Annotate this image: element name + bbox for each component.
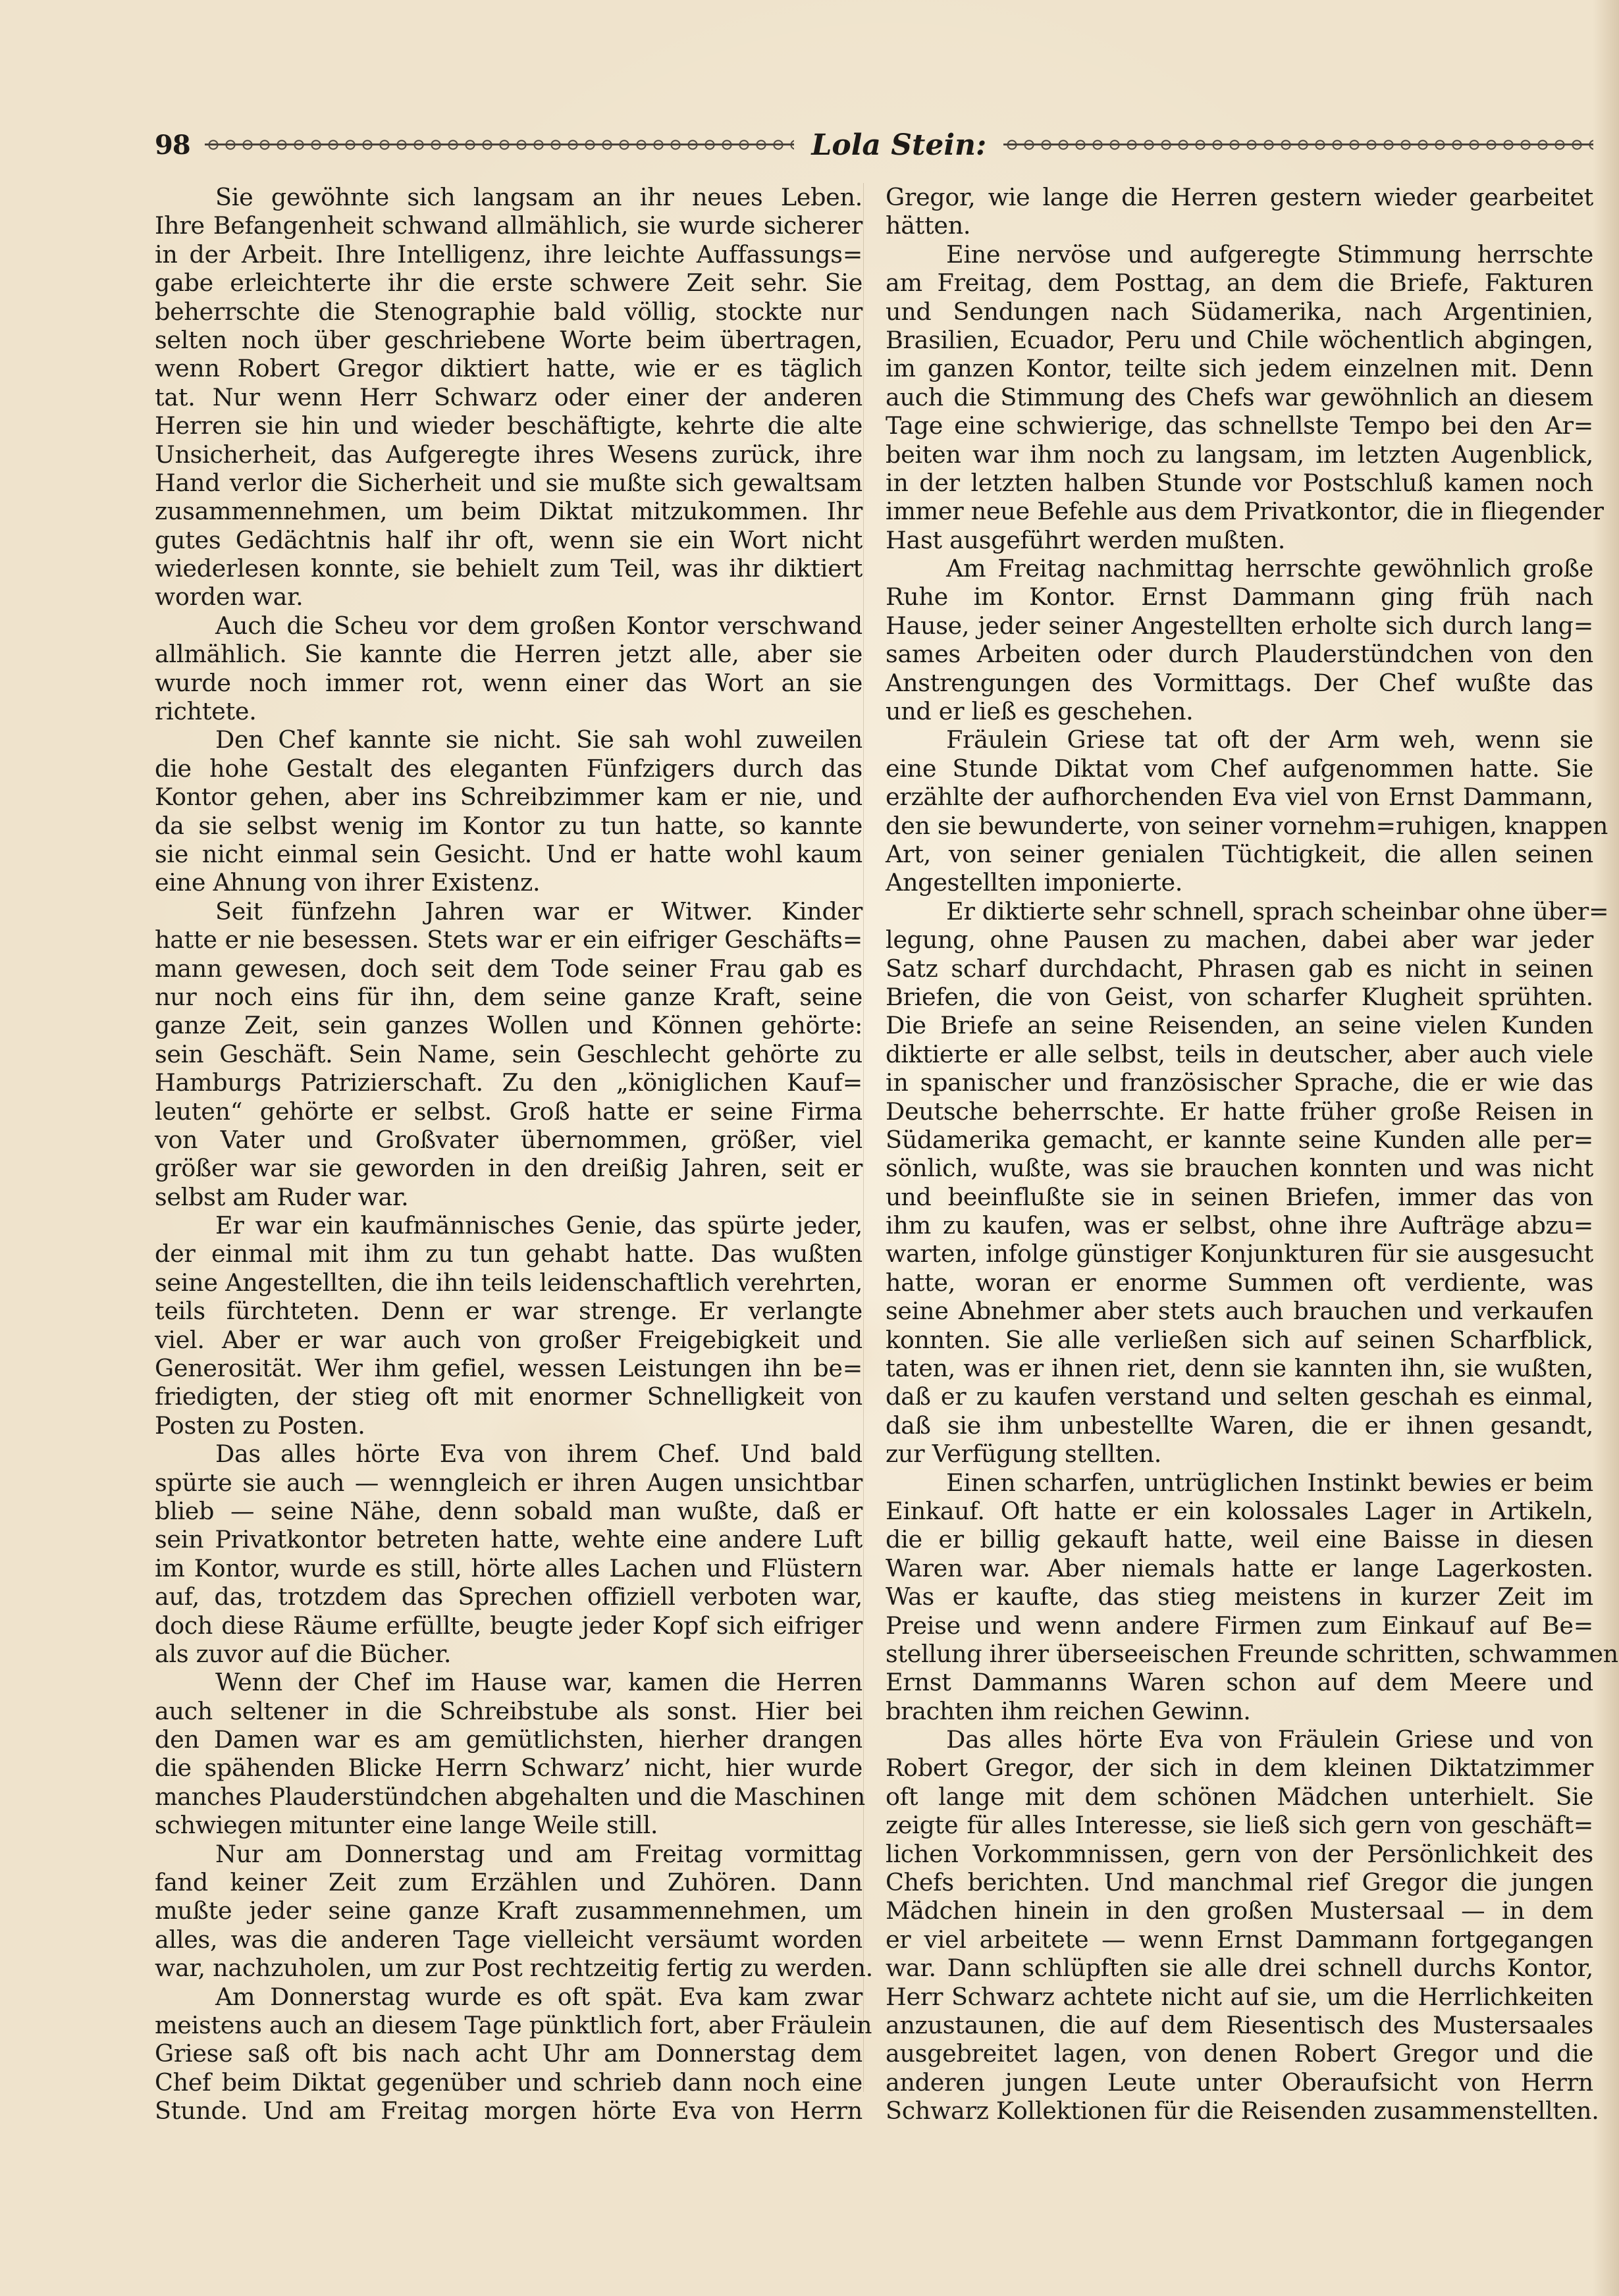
text-line: Waren war. Aber niemals hatte er lange L… — [886, 1554, 1593, 1582]
paragraph: Wenn der Chef im Hause war, kamen die He… — [155, 1668, 863, 1839]
text-line: Herren sie hin und wieder beschäftigte, … — [155, 411, 863, 440]
text-line: Ruhe im Kontor. Ernst Dammann ging früh … — [886, 583, 1593, 611]
text-line: stellung ihrer überseeischen Freunde sch… — [886, 1640, 1593, 1668]
page-number: 98 — [155, 130, 190, 161]
text-line: Wenn der Chef im Hause war, kamen die He… — [155, 1668, 863, 1696]
text-line: ihm zu kaufen, was er selbst, ohne ihre … — [886, 1211, 1593, 1239]
text-line: alles, was die anderen Tage vielleicht v… — [155, 1925, 863, 1954]
text-line: sein Privatkontor betreten hatte, wehte … — [155, 1525, 863, 1553]
text-line: auf, das, trotzdem das Sprechen offiziel… — [155, 1582, 863, 1611]
text-line: hatte, woran er enorme Summen oft verdie… — [886, 1268, 1593, 1297]
text-line: zeigte für alles Interesse, sie ließ sic… — [886, 1811, 1593, 1839]
text-line: Gregor, wie lange die Herren gestern wie… — [886, 183, 1593, 211]
text-line: Herr Schwarz achtete nicht auf sie, um d… — [886, 1983, 1593, 2011]
text-line: blieb — seine Nähe, denn sobald man wußt… — [155, 1497, 863, 1525]
text-line: ausgebreitet lagen, von denen Robert Gre… — [886, 2039, 1593, 2068]
text-line: im ganzen Kontor, teilte sich jedem einz… — [886, 354, 1593, 382]
text-line: mußte jeder seine ganze Kraft zusammenne… — [155, 1896, 863, 1925]
text-line: da sie selbst wenig im Kontor zu tun hat… — [155, 812, 863, 840]
text-line: wenn Robert Gregor diktiert hatte, wie e… — [155, 354, 863, 382]
running-title: Lola Stein: — [811, 128, 986, 162]
text-line: friedigten, der stieg oft mit enormer Sc… — [155, 1382, 863, 1411]
text-line: Unsicherheit, das Aufgeregte ihres Wesen… — [155, 440, 863, 469]
text-line: Generosität. Wer ihm gefiel, wessen Leis… — [155, 1354, 863, 1382]
text-line: Kontor gehen, aber ins Schreibzimmer kam… — [155, 783, 863, 811]
text-line: die spähenden Blicke Herrn Schwarz’ nich… — [155, 1754, 863, 1782]
text-line: mann gewesen, doch seit dem Tode seiner … — [155, 954, 863, 983]
text-line: sie nicht einmal sein Gesicht. Und er ha… — [155, 840, 863, 868]
text-line: beherrschte die Stenographie bald völlig… — [155, 298, 863, 326]
text-line: und er ließ es geschehen. — [886, 697, 1593, 725]
text-line: am Freitag, dem Posttag, an dem die Brie… — [886, 269, 1593, 297]
text-line: Südamerika gemacht, er kannte seine Kund… — [886, 1126, 1593, 1154]
text-line: Am Donnerstag wurde es oft spät. Eva kam… — [155, 1983, 863, 2011]
paragraph: Eine nervöse und aufgeregte Stimmung her… — [886, 240, 1593, 554]
text-line: eine Stunde Diktat vom Chef aufgenommen … — [886, 754, 1593, 783]
text-line: richtete. — [155, 697, 863, 725]
text-line: Eine nervöse und aufgeregte Stimmung her… — [886, 240, 1593, 269]
text-line: zur Verfügung stellten. — [886, 1440, 1593, 1468]
text-line: und beeinflußte sie in seinen Briefen, i… — [886, 1183, 1593, 1211]
text-line: worden war. — [155, 583, 863, 611]
text-line: Hamburgs Patrizierschaft. Zu den „königl… — [155, 1068, 863, 1097]
text-line: Einkauf. Oft hatte er ein kolossales Lag… — [886, 1497, 1593, 1525]
paragraph: Gregor, wie lange die Herren gestern wie… — [886, 183, 1593, 240]
text-line: selbst am Ruder war. — [155, 1183, 863, 1211]
text-line: gabe erleichterte ihr die erste schwere … — [155, 269, 863, 297]
ornament-border-right — [1003, 134, 1593, 156]
text-line: zusammennehmen, um beim Diktat mitzukomm… — [155, 497, 863, 525]
text-line: schwiegen mitunter eine lange Weile stil… — [155, 1811, 863, 1839]
text-line: beiten war ihm noch zu langsam, im letzt… — [886, 440, 1593, 469]
text-line: wurde noch immer rot, wenn einer das Wor… — [155, 669, 863, 697]
text-line: die er billig gekauft hatte, weil eine B… — [886, 1525, 1593, 1553]
text-line: anderen jungen Leute unter Oberaufsicht … — [886, 2068, 1593, 2097]
paragraph: Den Chef kannte sie nicht. Sie sah wohl … — [155, 725, 863, 897]
text-line: Anstrengungen des Vormittags. Der Chef w… — [886, 669, 1593, 697]
text-line: immer neue Befehle aus dem Privatkontor,… — [886, 497, 1593, 525]
text-line: Griese saß oft bis nach acht Uhr am Donn… — [155, 2039, 863, 2068]
text-line: Hause, jeder seiner Angestellten erholte… — [886, 612, 1593, 640]
text-line: sein Geschäft. Sein Name, sein Geschlech… — [155, 1040, 863, 1068]
text-line: diktierte er alle selbst, teils in deuts… — [886, 1040, 1593, 1068]
text-line: Tage eine schwierige, das schnellste Tem… — [886, 411, 1593, 440]
text-line: Posten zu Posten. — [155, 1411, 863, 1440]
text-line: in der Arbeit. Ihre Intelligenz, ihre le… — [155, 240, 863, 269]
text-line: Das alles hörte Eva von Fräulein Griese … — [886, 1725, 1593, 1754]
paragraph: Das alles hörte Eva von ihrem Chef. Und … — [155, 1440, 863, 1668]
text-line: Ernst Dammanns Waren schon auf dem Meere… — [886, 1668, 1593, 1696]
text-line: auch seltener in die Schreibstube als so… — [155, 1697, 863, 1725]
left-column: Sie gewöhnte sich langsam an ihr neues L… — [155, 183, 863, 2158]
text-line: wiederlesen konnte, sie behielt zum Teil… — [155, 554, 863, 583]
text-line: Auch die Scheu vor dem großen Kontor ver… — [155, 612, 863, 640]
page-edge-shadow — [1593, 0, 1619, 2296]
text-line: Den Chef kannte sie nicht. Sie sah wohl … — [155, 725, 863, 754]
paragraph: Am Freitag nachmittag herrschte gewöhnli… — [886, 554, 1593, 725]
paragraph: Am Donnerstag wurde es oft spät. Eva kam… — [155, 1983, 863, 2126]
paragraph: Das alles hörte Eva von Fräulein Griese … — [886, 1725, 1593, 2125]
text-line: leuten“ gehörte er selbst. Groß hatte er… — [155, 1097, 863, 1126]
text-line: Briefen, die von Geist, von scharfer Klu… — [886, 983, 1593, 1011]
text-line: konnten. Sie alle verließen sich auf sei… — [886, 1326, 1593, 1354]
text-line: auch die Stimmung des Chefs war gewöhnli… — [886, 383, 1593, 411]
text-line: Satz scharf durchdacht, Phrasen gab es n… — [886, 954, 1593, 983]
text-line: seine Angestellten, die ihn teils leiden… — [155, 1268, 863, 1297]
text-line: oft lange mit dem schönen Mädchen unterh… — [886, 1783, 1593, 1811]
text-line: Am Freitag nachmittag herrschte gewöhnli… — [886, 554, 1593, 583]
text-line: Stunde. Und am Freitag morgen hörte Eva … — [155, 2097, 863, 2125]
text-line: den sie bewunderte, von seiner vornehm=r… — [886, 812, 1593, 840]
text-line: viel. Aber er war auch von großer Freige… — [155, 1326, 863, 1354]
text-line: gutes Gedächtnis half ihr oft, wenn sie … — [155, 526, 863, 554]
text-line: der einmal mit ihm zu tun gehabt hatte. … — [155, 1239, 863, 1268]
text-line: Er war ein kaufmännisches Genie, das spü… — [155, 1211, 863, 1239]
text-line: hätten. — [886, 211, 1593, 240]
text-line: Chefs berichten. Und manchmal rief Grego… — [886, 1868, 1593, 1896]
text-line: und Sendungen nach Südamerika, nach Arge… — [886, 298, 1593, 326]
paragraph: Er diktierte sehr schnell, sprach schein… — [886, 897, 1593, 1469]
text-line: ganze Zeit, sein ganzes Wollen und Könne… — [155, 1011, 863, 1039]
text-line: Er diktierte sehr schnell, sprach schein… — [886, 897, 1593, 926]
text-line: daß er zu kaufen verstand und selten ges… — [886, 1382, 1593, 1411]
text-line: Ihre Befangenheit schwand allmählich, si… — [155, 211, 863, 240]
paragraph: Einen scharfen, untrüglichen Instinkt be… — [886, 1469, 1593, 1726]
paragraph: Nur am Donnerstag und am Freitag vormitt… — [155, 1840, 863, 1983]
text-line: Hand verlor die Sicherheit und sie mußte… — [155, 469, 863, 497]
text-line: Seit fünfzehn Jahren war er Witwer. Kind… — [155, 897, 863, 926]
text-line: Nur am Donnerstag und am Freitag vormitt… — [155, 1840, 863, 1868]
text-line: von Vater und Großvater übernommen, größ… — [155, 1126, 863, 1154]
text-line: Brasilien, Ecuador, Peru und Chile wöche… — [886, 326, 1593, 354]
text-line: nur noch eins für ihn, dem seine ganze K… — [155, 983, 863, 1011]
text-line: Die Briefe an seine Reisenden, an seine … — [886, 1011, 1593, 1039]
text-line: legung, ohne Pausen zu machen, dabei abe… — [886, 926, 1593, 954]
text-line: war. Dann schlüpften sie alle drei schne… — [886, 1954, 1593, 1982]
text-line: allmählich. Sie kannte die Herren jetzt … — [155, 640, 863, 668]
text-line: anzustaunen, die auf dem Riesentisch des… — [886, 2011, 1593, 2039]
text-line: Deutsche beherrschte. Er hatte früher gr… — [886, 1097, 1593, 1126]
text-line: tat. Nur wenn Herr Schwarz oder einer de… — [155, 383, 863, 411]
text-line: Mädchen hinein in den großen Mustersaal … — [886, 1896, 1593, 1925]
text-line: spürte sie auch — wenngleich er ihren Au… — [155, 1469, 863, 1497]
text-line: in spanischer und französischer Sprache,… — [886, 1068, 1593, 1097]
text-line: fand keiner Zeit zum Erzählen und Zuhöre… — [155, 1868, 863, 1896]
text-line: Das alles hörte Eva von ihrem Chef. Und … — [155, 1440, 863, 1468]
text-line: brachten ihm reichen Gewinn. — [886, 1697, 1593, 1725]
paragraph: Auch die Scheu vor dem großen Kontor ver… — [155, 612, 863, 726]
text-line: doch diese Räume erfüllte, beugte jeder … — [155, 1611, 863, 1640]
text-line: Sie gewöhnte sich langsam an ihr neues L… — [155, 183, 863, 211]
text-line: die hohe Gestalt des eleganten Fünfziger… — [155, 754, 863, 783]
text-line: hatte er nie besessen. Stets war er ein … — [155, 926, 863, 954]
text-line: manches Plauderstündchen abgehalten und … — [155, 1783, 863, 1811]
paragraph: Seit fünfzehn Jahren war er Witwer. Kind… — [155, 897, 863, 1211]
right-column: Gregor, wie lange die Herren gestern wie… — [886, 183, 1593, 2158]
text-line: taten, was er ihnen riet, denn sie kannt… — [886, 1354, 1593, 1382]
text-line: Preise und wenn andere Firmen zum Einkau… — [886, 1611, 1593, 1640]
text-line: sönlich, wußte, was sie brauchen konnten… — [886, 1154, 1593, 1182]
text-line: Art, von seiner genialen Tüchtigkeit, di… — [886, 840, 1593, 868]
text-line: selten noch über geschriebene Worte beim… — [155, 326, 863, 354]
text-line: den Damen war es am gemütlichsten, hierh… — [155, 1725, 863, 1754]
text-line: er viel arbeitete — wenn Ernst Dammann f… — [886, 1925, 1593, 1954]
text-line: Angestellten imponierte. — [886, 868, 1593, 897]
running-header: 98 Lola Stein: — [155, 125, 1593, 165]
text-line: Schwarz Kollektionen für die Reisenden z… — [886, 2097, 1593, 2125]
text-line: sames Arbeiten oder durch Plauderstündch… — [886, 640, 1593, 668]
paragraph: Er war ein kaufmännisches Genie, das spü… — [155, 1211, 863, 1440]
text-columns: Sie gewöhnte sich langsam an ihr neues L… — [155, 183, 1593, 2158]
text-line: Hast ausgeführt werden mußten. — [886, 526, 1593, 554]
text-line: eine Ahnung von ihrer Existenz. — [155, 868, 863, 897]
text-line: größer war sie geworden in den dreißig J… — [155, 1154, 863, 1182]
text-line: seine Abnehmer aber stets auch brauchen … — [886, 1297, 1593, 1325]
text-line: Robert Gregor, der sich in dem kleinen D… — [886, 1754, 1593, 1782]
text-line: Was er kaufte, das stieg meistens in kur… — [886, 1582, 1593, 1611]
text-line: meistens auch an diesem Tage pünktlich f… — [155, 2011, 863, 2039]
paragraph: Sie gewöhnte sich langsam an ihr neues L… — [155, 183, 863, 612]
text-line: in der letzten halben Stunde vor Postsch… — [886, 469, 1593, 497]
text-line: lichen Vorkommnissen, gern von der Persö… — [886, 1840, 1593, 1868]
text-line: war, nachzuholen, um zur Post rechtzeiti… — [155, 1954, 863, 1982]
paragraph: Fräulein Griese tat oft der Arm weh, wen… — [886, 725, 1593, 897]
text-line: erzählte der aufhorchenden Eva viel von … — [886, 783, 1593, 811]
text-line: teils fürchteten. Denn er war strenge. E… — [155, 1297, 863, 1325]
text-line: Einen scharfen, untrüglichen Instinkt be… — [886, 1469, 1593, 1497]
text-line: im Kontor, wurde es still, hörte alles L… — [155, 1554, 863, 1582]
text-line: Chef beim Diktat gegenüber und schrieb d… — [155, 2068, 863, 2097]
ornament-border-left — [205, 134, 795, 156]
text-line: warten, infolge günstiger Konjunkturen f… — [886, 1239, 1593, 1268]
text-line: Fräulein Griese tat oft der Arm weh, wen… — [886, 725, 1593, 754]
text-line: daß sie ihm unbestellte Waren, die er ih… — [886, 1411, 1593, 1440]
text-line: als zuvor auf die Bücher. — [155, 1640, 863, 1668]
